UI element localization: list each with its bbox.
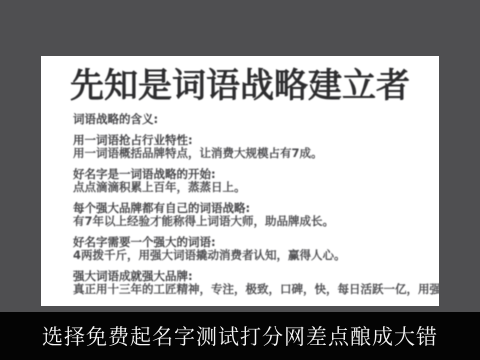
caption-bar: 选择免费起名字测试打分网差点酿成大错 xyxy=(0,312,480,360)
paragraph-6: 强大词语成就强大品牌: 真正用十三年的工匠精神，专注，极致，口碑，快，每日活跃一… xyxy=(73,270,415,296)
content-card: 先知是词语战略建立者 词语战略的含义: 用一词语抢占行业特性: 用一词语概括品牌… xyxy=(41,56,439,306)
paragraph-2: 用一词语抢占行业特性: 用一词语概括品牌特点，让消费大规模占有7成。 xyxy=(73,134,415,160)
paragraph-4: 每个强大品牌都有自己的词语战略: 有7年以上经验才能称得上词语大师，助品牌成长。 xyxy=(73,202,415,228)
paragraph-body: 有7年以上经验才能称得上词语大师，助品牌成长。 xyxy=(73,215,415,228)
paragraph-heading: 词语战略的含义: xyxy=(73,113,415,126)
caption-text: 选择免费起名字测试打分网差点酿成大错 xyxy=(42,321,438,351)
paragraph-1: 词语战略的含义: xyxy=(73,113,415,126)
page-background: 先知是词语战略建立者 词语战略的含义: 用一词语抢占行业特性: 用一词语概括品牌… xyxy=(0,0,480,360)
paragraph-body: 真正用十三年的工匠精神，专注，极致，口碑，快，每日活跃一亿，用强大词语抢占人心红… xyxy=(73,283,415,296)
paragraph-body: 4两拨千斤，用强大词语撬动消费者认知，赢得人心。 xyxy=(73,249,415,262)
card-body-text: 词语战略的含义: 用一词语抢占行业特性: 用一词语概括品牌特点，让消费大规模占有… xyxy=(41,106,439,296)
paragraph-3: 好名字是一词语战略的开始: 点点滴滴积累上百年，蒸蒸日上。 xyxy=(73,168,415,194)
paragraph-5: 好名字需要一个强大的词语: 4两拨千斤，用强大词语撬动消费者认知，赢得人心。 xyxy=(73,236,415,262)
paragraph-body: 点点滴滴积累上百年，蒸蒸日上。 xyxy=(73,181,415,194)
card-title: 先知是词语战略建立者 xyxy=(41,66,439,106)
paragraph-body: 用一词语概括品牌特点，让消费大规模占有7成。 xyxy=(73,147,415,160)
